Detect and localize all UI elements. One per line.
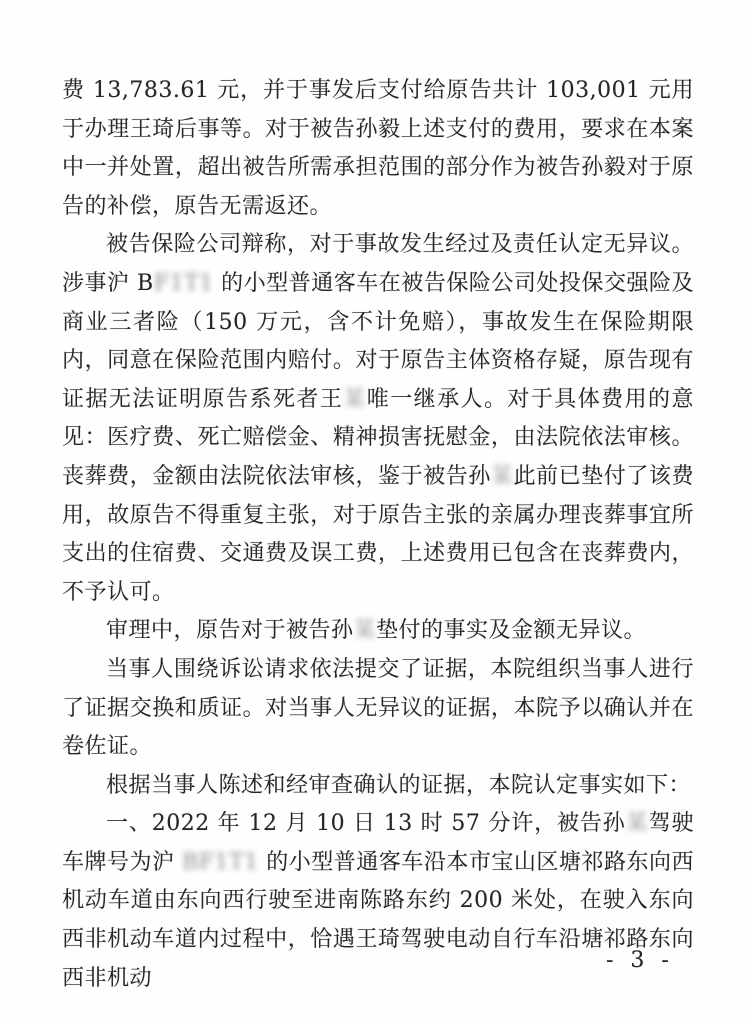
page-number: - 3 - <box>606 948 674 973</box>
text-segment: 当事人围绕诉讼请求依法提交了证据，本院组织当事人进行了证据交换和质证。对当事人无… <box>62 657 694 759</box>
paragraph: 审理中，原告对于被告孙某垫付的事实及金额无异议。 <box>62 612 694 651</box>
redacted-text: 某 <box>343 387 366 412</box>
paragraph: 根据当事人陈述和经审查确认的证据，本院认定事实如下： <box>62 767 694 806</box>
paragraph: 费 13,783.61 元，并于事发后支付给原告共计 103,001 元用于办理… <box>62 72 694 226</box>
document-text: 费 13,783.61 元，并于事发后支付给原告共计 103,001 元用于办理… <box>62 72 694 998</box>
redacted-text: BF1T1 <box>182 850 259 875</box>
text-segment: 根据当事人陈述和经审查确认的证据，本院认定事实如下： <box>106 773 691 798</box>
document-page: 费 13,783.61 元，并于事发后支付给原告共计 103,001 元用于办理… <box>0 0 749 1024</box>
redacted-text: 某 <box>491 464 514 489</box>
text-segment: 费 13,783.61 元，并于事发后支付给原告共计 103,001 元用于办理… <box>62 78 694 219</box>
redacted-text: 某 <box>626 811 649 836</box>
text-segment: 审理中，原告对于被告孙 <box>106 618 354 643</box>
paragraph: 一、2022 年 12 月 10 日 13 时 57 分许，被告孙某驾驶车牌号为… <box>62 805 694 998</box>
paragraph: 当事人围绕诉讼请求依法提交了证据，本院组织当事人进行了证据交换和质证。对当事人无… <box>62 651 694 767</box>
redacted-text: F1T1 <box>154 271 214 296</box>
paragraph: 被告保险公司辩称，对于事故发生经过及责任认定无异议。涉事沪 BF1T1 的小型普… <box>62 226 694 612</box>
redacted-text: 某 <box>354 618 377 643</box>
text-segment: 一、2022 年 12 月 10 日 13 时 57 分许，被告孙 <box>106 811 626 836</box>
text-segment: 垫付的事实及金额无异议。 <box>376 618 646 643</box>
